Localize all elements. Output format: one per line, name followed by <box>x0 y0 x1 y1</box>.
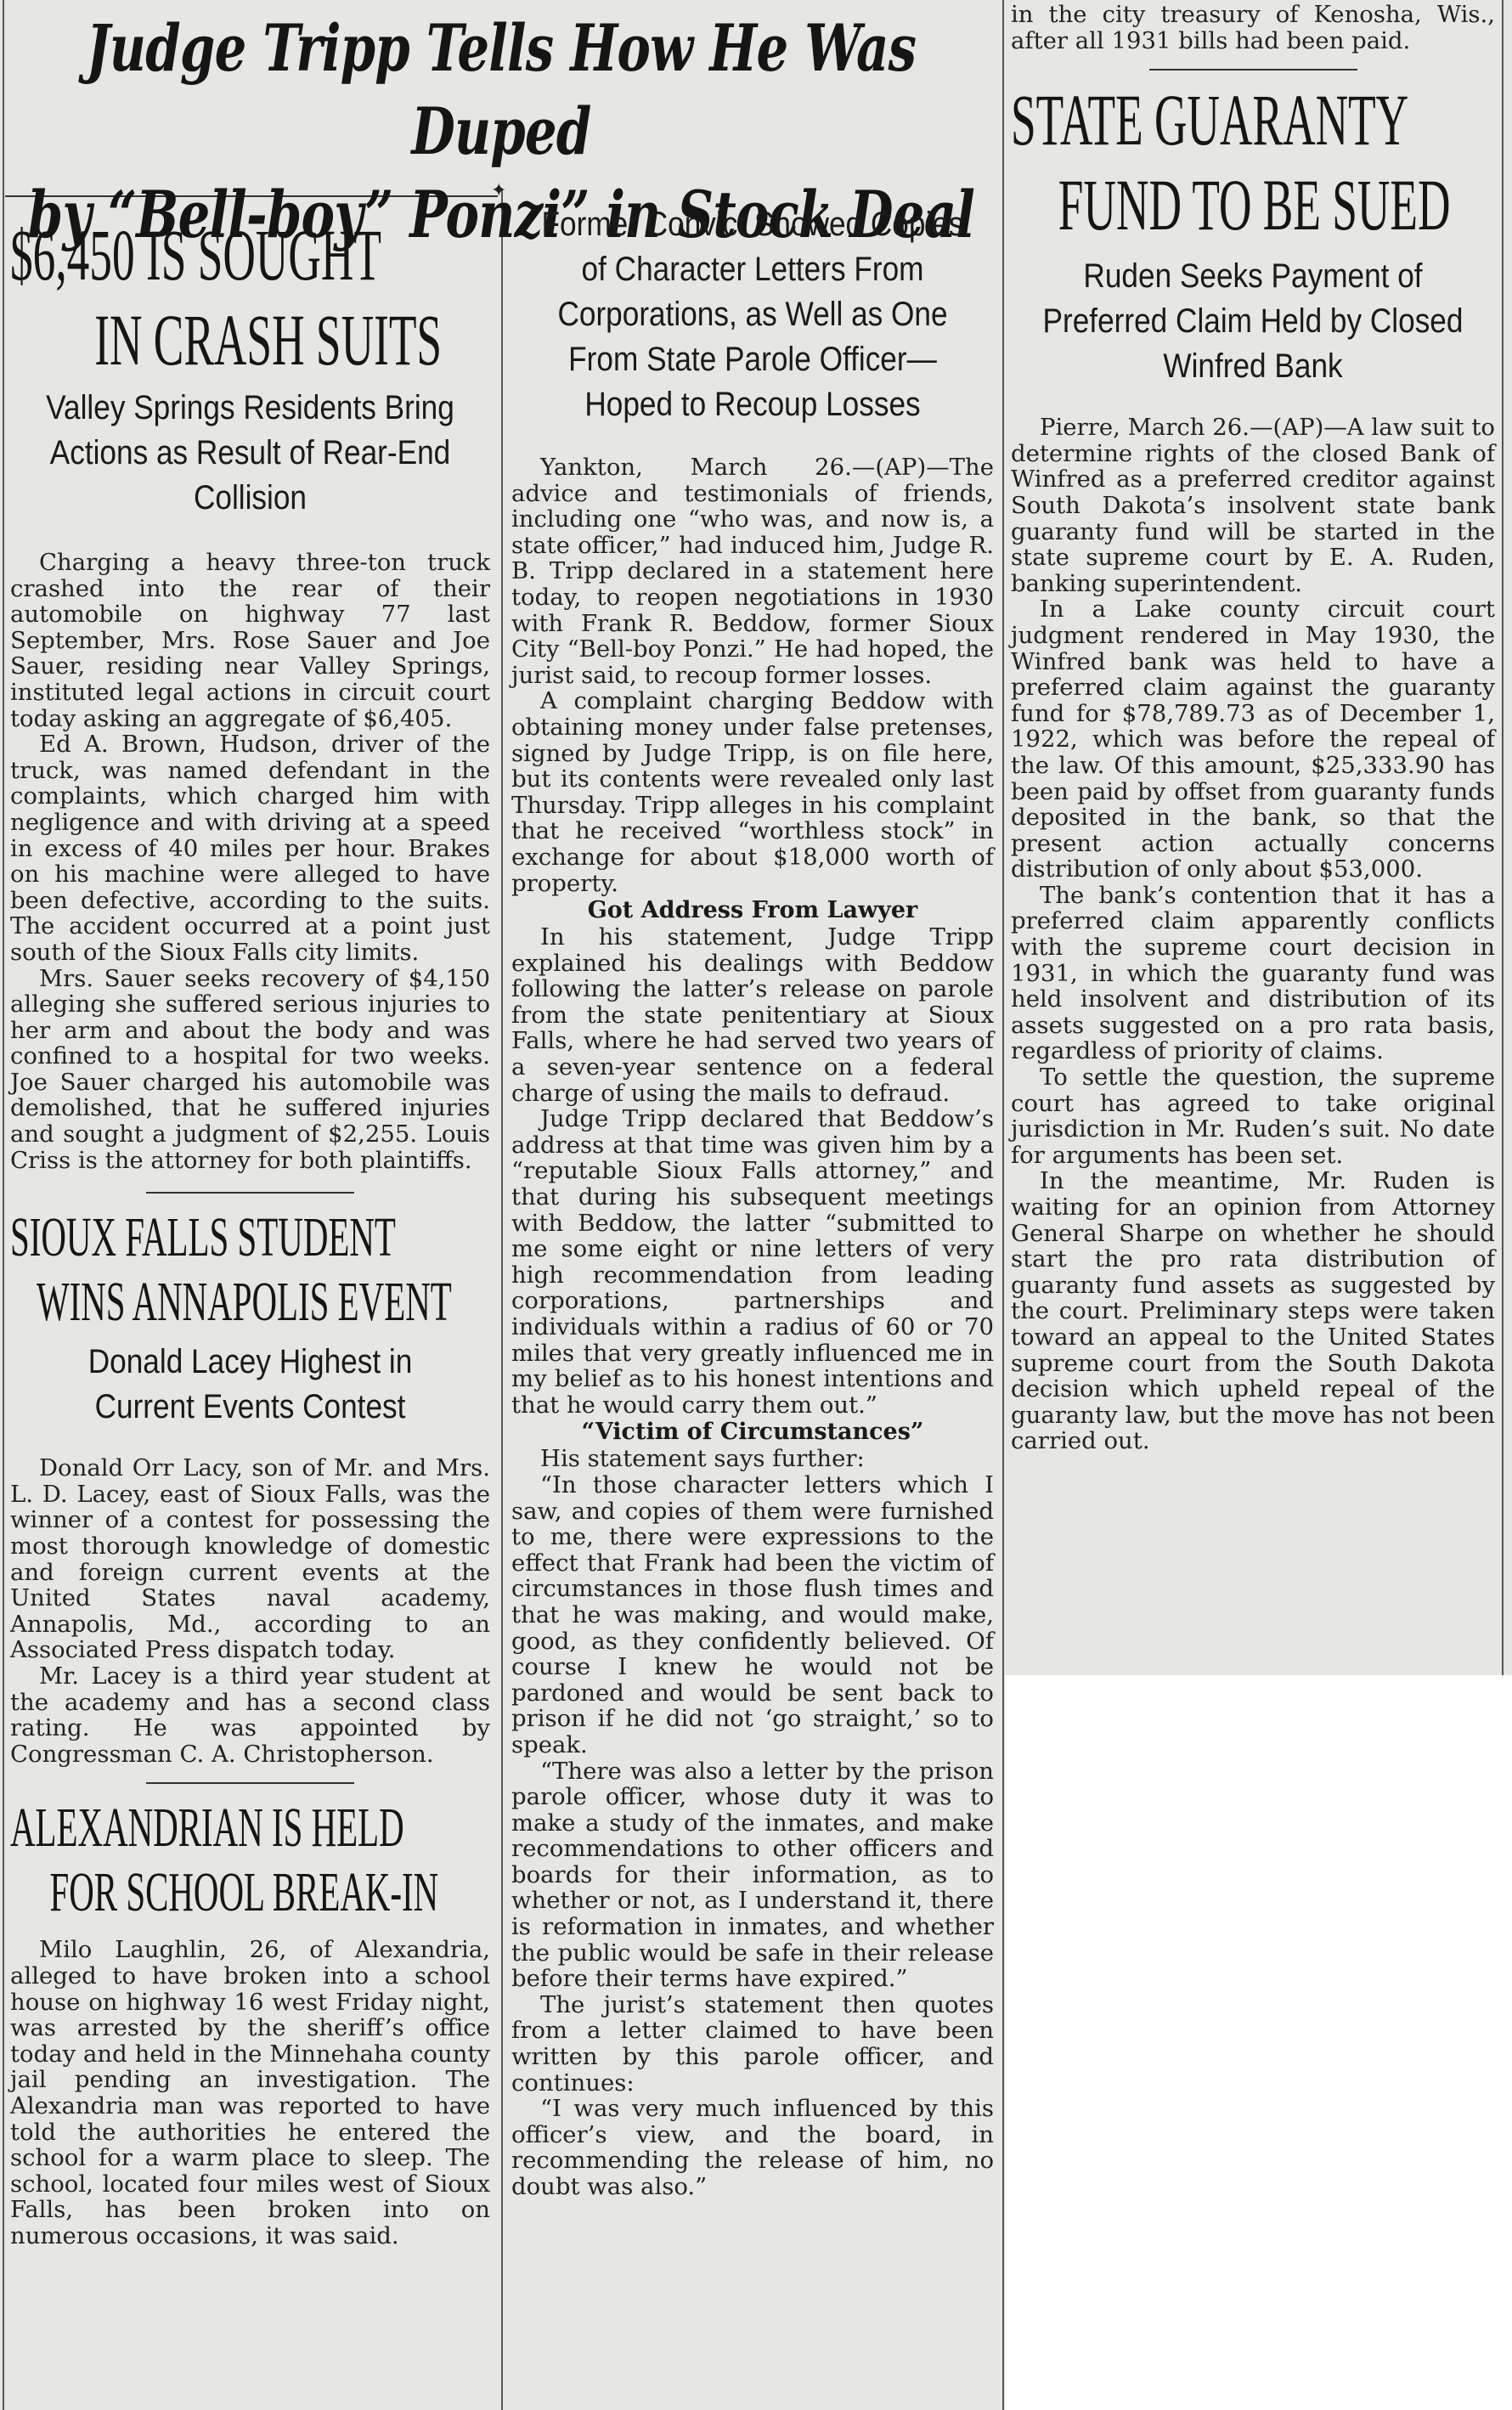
column-divider-2 <box>1002 0 1004 2410</box>
blank-area <box>1005 1675 1512 2410</box>
column-divider-left <box>3 0 4 2410</box>
divider <box>146 1782 354 1784</box>
article-annapolis: SIOUX FALLS STUDENT WINS ANNAPOLIS EVENT… <box>10 1205 490 1767</box>
headline: SIOUX FALLS STUDENT WINS ANNAPOLIS EVENT <box>10 1205 307 1335</box>
article-body: Charging a heavy three-ton truck crashed… <box>10 550 490 1173</box>
deck: Ruden Seeks Payment of Preferred Claim H… <box>1040 254 1466 389</box>
article-guaranty-fund: STATE GUARANTY FUND TO BE SUED Ruden See… <box>1011 77 1495 1454</box>
subhead-got-address: Got Address From Lawyer <box>511 896 994 924</box>
headline: $6,450 IS SOUGHT IN CRASH SUITS <box>10 212 307 382</box>
headline: STATE GUARANTY FUND TO BE SUED <box>1011 77 1311 247</box>
article-body: Yankton, March 26.—(AP)—The advice and t… <box>511 454 994 2200</box>
continued-fragment: in the city treasury of Kenosha, Wis., a… <box>1011 2 1495 54</box>
article-judge-tripp: Former Convict Showed Copies of Characte… <box>511 202 994 2200</box>
column-left: $6,450 IS SOUGHT IN CRASH SUITS Valley S… <box>10 212 490 2249</box>
article-crash-suits: $6,450 IS SOUGHT IN CRASH SUITS Valley S… <box>10 212 490 1173</box>
article-body: Milo Laughlin, 26, of Alexandria, allege… <box>10 1937 490 2249</box>
deck: Former Convict Showed Copies of Characte… <box>540 202 965 427</box>
article-school-break-in: ALEXANDRIAN IS HELD FOR SCHOOL BREAK-IN … <box>10 1796 490 2249</box>
deck: Donald Lacey Highest in Current Events C… <box>39 1340 461 1430</box>
column-middle: Former Convict Showed Copies of Characte… <box>511 202 994 2200</box>
deck: Valley Springs Residents Bring Actions a… <box>39 386 461 521</box>
column-divider-1 <box>501 189 503 2410</box>
divider <box>1149 69 1357 71</box>
column-divider-right <box>1502 0 1504 1675</box>
banner-line-1: Judge Tripp Tells How He Was Duped <box>8 7 994 173</box>
article-body: Pierre, March 26.—(AP)—A law suit to det… <box>1011 415 1495 1454</box>
subhead-victim: “Victim of Circumstances” <box>511 1418 994 1446</box>
column-right: in the city treasury of Kenosha, Wis., a… <box>1011 2 1495 1454</box>
article-body: Donald Orr Lacy, son of Mr. and Mrs. L. … <box>10 1455 490 1767</box>
divider <box>146 1192 354 1194</box>
headline: ALEXANDRIAN IS HELD FOR SCHOOL BREAK-IN <box>10 1796 307 1925</box>
